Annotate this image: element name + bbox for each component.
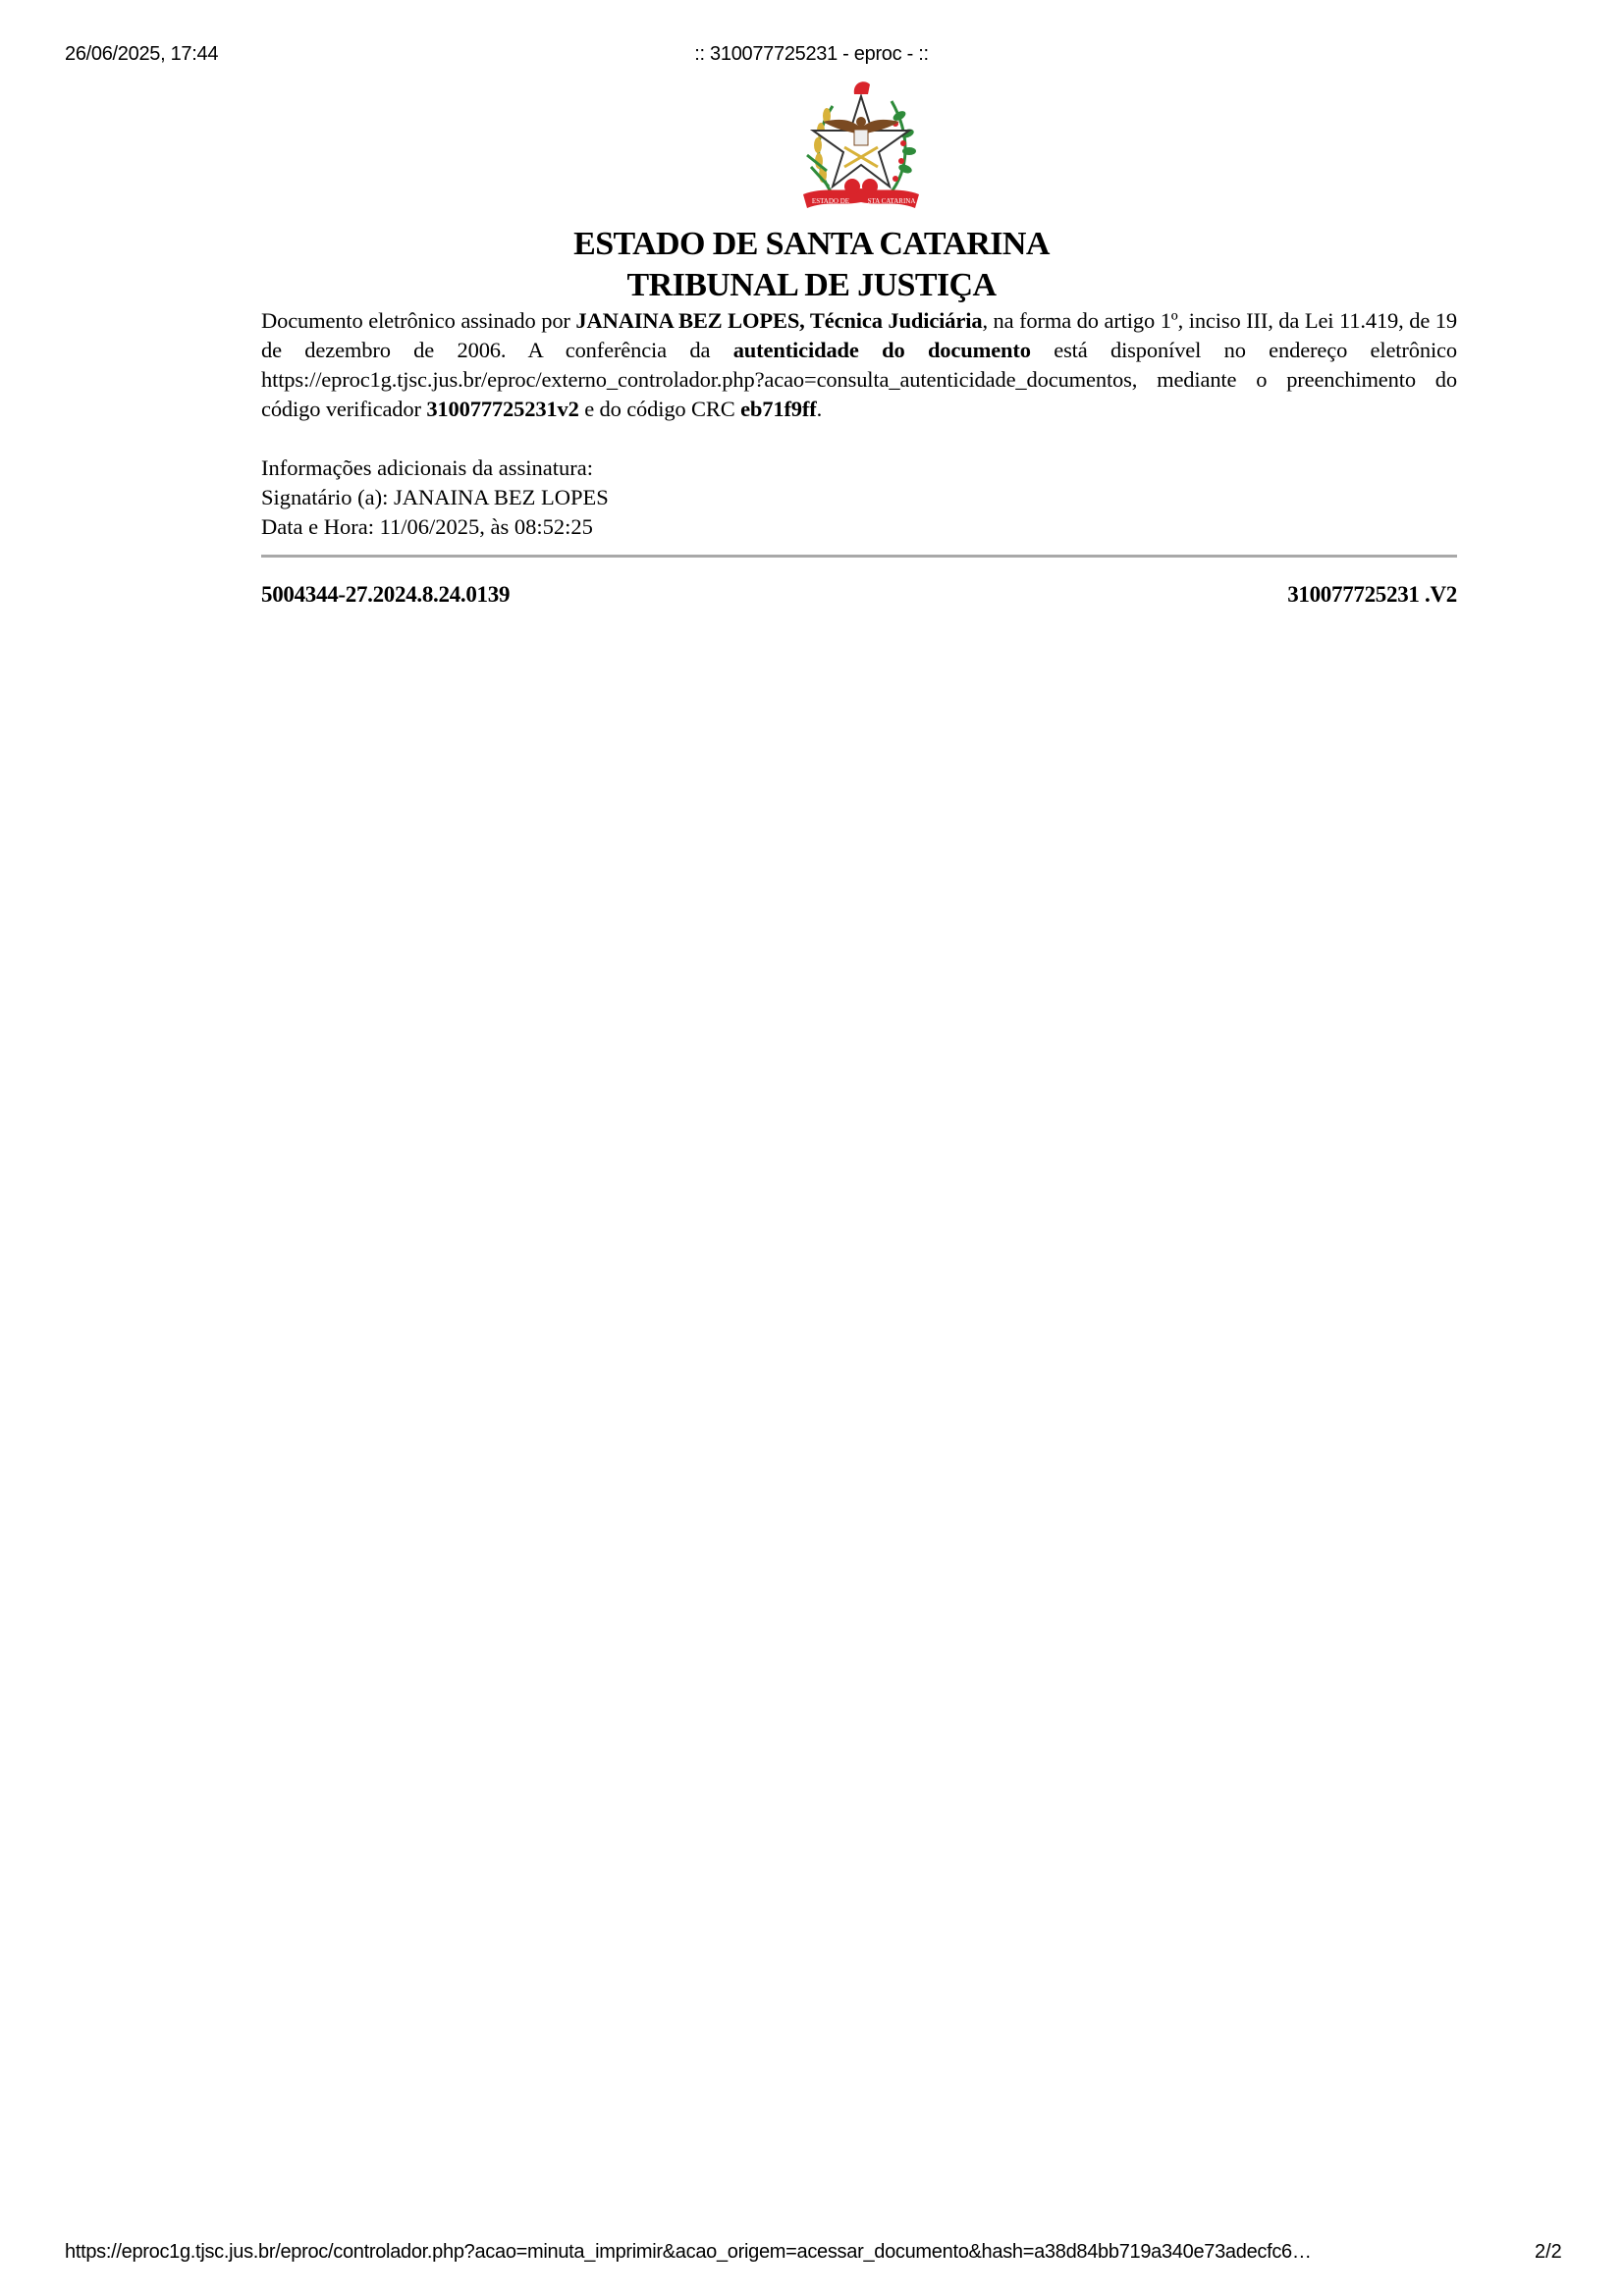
section-divider [261,555,1457,558]
signature-paragraph: Documento eletrônico assinado por JANAIN… [261,306,1457,424]
print-footer-url: https://eproc1g.tjsc.jus.br/eproc/contro… [65,2241,1312,2264]
state-heading: ESTADO DE SANTA CATARINA [0,226,1623,263]
document-ids-row: 5004344-27.2024.8.24.0139 310077725231 .… [261,582,1457,608]
authenticity-label: autenticidade do documento [733,338,1031,362]
document-version: 310077725231 .V2 [1287,582,1457,608]
print-header-title: :: 310077725231 - eproc - :: [0,43,1623,66]
svg-text:STA CATARINA: STA CATARINA [868,197,916,205]
verifier-code: 310077725231v2 [426,397,578,421]
additional-signature-info: Informações adicionais da assinatura: Si… [261,454,1457,542]
signer-name: JANAINA BEZ LOPES, Técnica Judiciária [575,308,982,333]
santa-catarina-coat-of-arms-icon: ESTADO DE STA CATARINA [793,77,929,220]
signature-datetime-line: Data e Hora: 11/06/2025, às 08:52:25 [261,512,1457,542]
crc-code: eb71f9ff [740,397,817,421]
additional-info-title: Informações adicionais da assinatura: [261,454,1457,483]
signatory-line: Signatário (a): JANAINA BEZ LOPES [261,483,1457,512]
coffee-branch-icon [890,101,916,194]
wheat-branch-icon [807,106,833,194]
process-number: 5004344-27.2024.8.24.0139 [261,582,510,608]
court-heading: TRIBUNAL DE JUSTIÇA [0,267,1623,304]
svg-text:ESTADO DE: ESTADO DE [812,197,849,205]
print-footer-page-number: 2/2 [1535,2241,1562,2264]
